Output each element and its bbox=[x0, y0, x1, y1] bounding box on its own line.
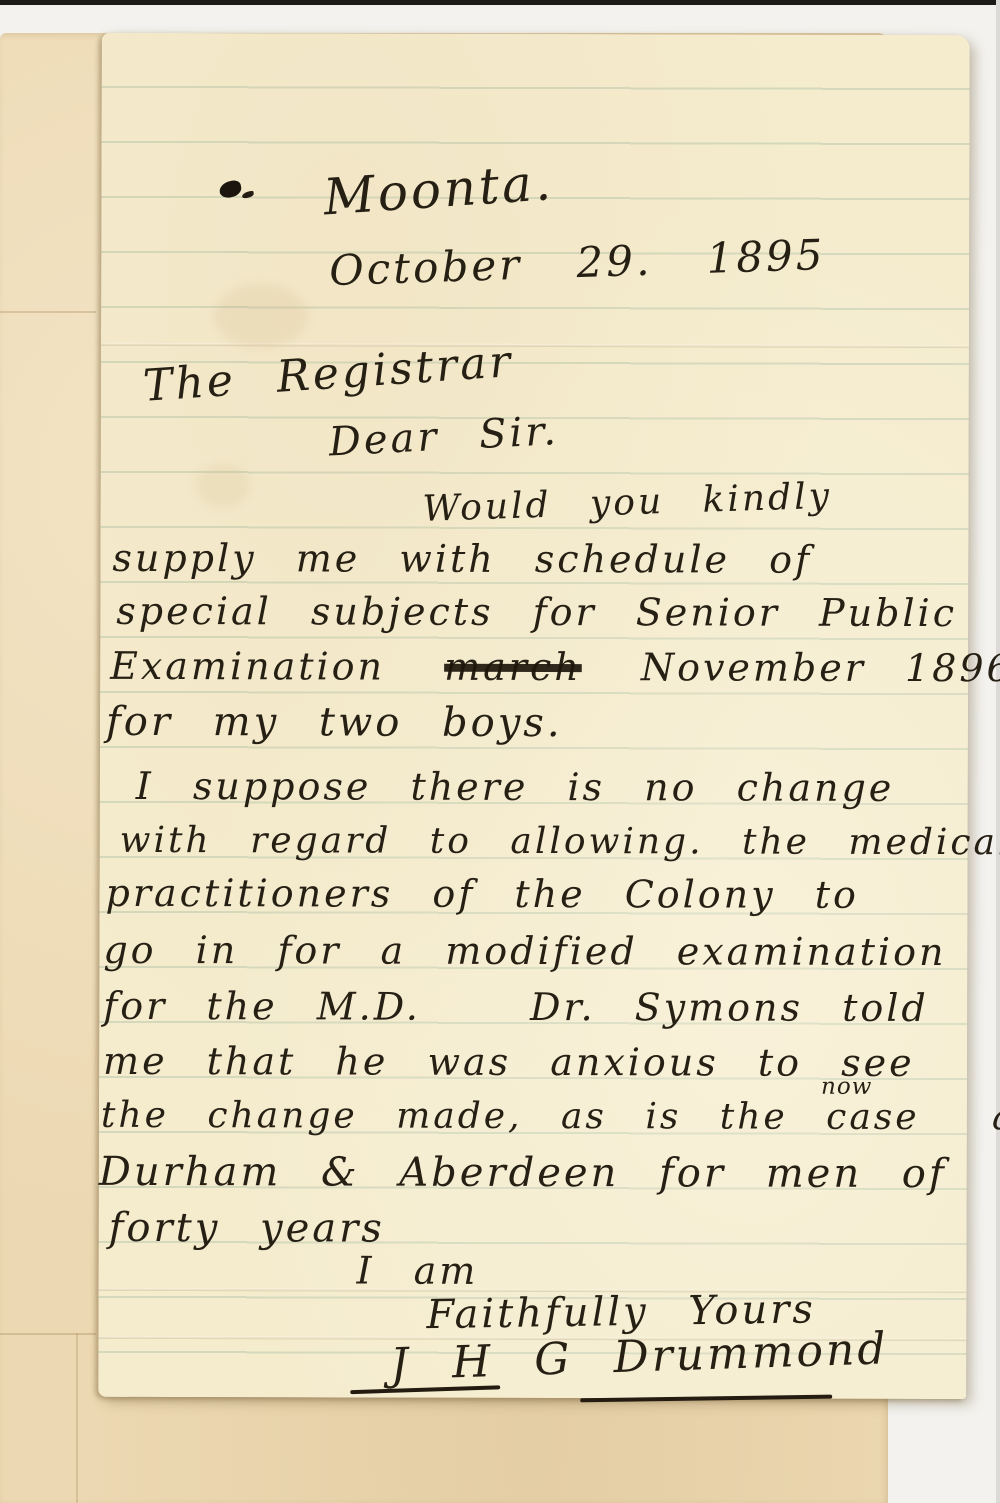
letter-body-line: with regard to allowing. the medical bbox=[120, 822, 1000, 862]
scanned-letter-image: Moonta. October 29. 1895 The Registrar D… bbox=[0, 0, 1000, 1503]
letter-body-line: Examination march November 1896. bbox=[110, 647, 1000, 689]
closing-line: I am bbox=[356, 1252, 478, 1292]
letter-body-line: Would you kindly bbox=[422, 478, 832, 529]
letter-body-line: me that he was anxious to see bbox=[103, 1042, 915, 1084]
letter-body-line: go in for a modified examination bbox=[103, 931, 946, 973]
letter-body-line: Durham & Aberdeen for men of bbox=[99, 1151, 947, 1195]
strikethrough-word: march bbox=[444, 645, 582, 689]
ink-blot bbox=[218, 179, 243, 199]
paper-stain bbox=[213, 283, 308, 348]
paper-stain bbox=[196, 463, 251, 508]
letter-body-text: Examination bbox=[110, 644, 385, 689]
scanner-top-strip bbox=[0, 0, 1000, 5]
letter-body-line: I suppose there is no change bbox=[136, 767, 895, 809]
letter-body-text: for the M.D. bbox=[103, 984, 421, 1029]
letter-body-text: the change made, as is the case bbox=[101, 1095, 920, 1138]
letter-place: Moonta. bbox=[322, 156, 555, 224]
letter-page: Moonta. October 29. 1895 The Registrar D… bbox=[98, 33, 970, 1399]
fold-crease bbox=[0, 311, 96, 313]
inserted-word-above-line: now bbox=[821, 1075, 872, 1099]
letter-body-text: Dr. Symons told bbox=[530, 985, 929, 1030]
letter-body-line: special subjects for Senior Public bbox=[116, 592, 957, 634]
letter-body-line: practitioners of the Colony to bbox=[105, 874, 858, 916]
fold-crease bbox=[76, 1333, 78, 1503]
scanner-right-edge bbox=[996, 0, 1000, 1503]
letter-body-line: for my two boys. bbox=[106, 701, 563, 744]
letter-body-line: the change made, as is the case now at bbox=[101, 1097, 1000, 1137]
fold-crease bbox=[0, 1333, 96, 1335]
letter-body-line: supply me with schedule of bbox=[112, 539, 812, 581]
letter-body-text: November 1896. bbox=[641, 645, 1000, 690]
letter-recipient: The Registrar bbox=[142, 339, 515, 410]
letter-salutation: Dear Sir. bbox=[328, 410, 560, 463]
letter-date: October 29. 1895 bbox=[329, 233, 826, 293]
letter-body-line: forty years bbox=[109, 1207, 385, 1250]
letter-body-text: at bbox=[992, 1097, 1000, 1138]
fold-crease bbox=[101, 343, 969, 348]
letter-body-line: for the M.D. Dr. Symons told bbox=[103, 987, 929, 1029]
